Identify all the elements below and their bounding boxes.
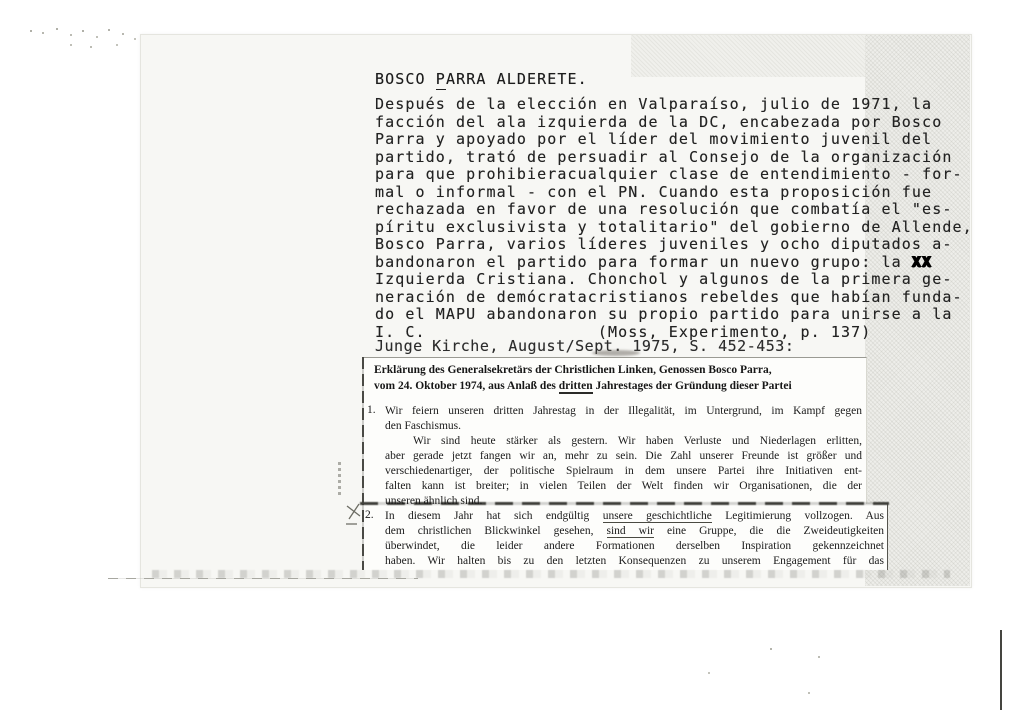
scan-smudge-band: [152, 570, 950, 578]
typescript-line: neración de demócratacristianos rebeldes…: [375, 289, 973, 307]
typescript-paragraph: Después de la elección en Valparaíso, ju…: [375, 96, 973, 341]
handwritten-margin-mark: [344, 500, 366, 530]
scan-noise-speckles-bottom: [770, 648, 772, 650]
clipping-item2-line: dem christlichen Blickwinkel gesehen, si…: [385, 524, 884, 539]
typescript-line: rechazada en favor de una resolución que…: [375, 201, 973, 219]
clipping-item1-line: Wir sind heute stärker als gestern. Wir …: [385, 434, 862, 449]
clipping-item2-number: 2.: [365, 509, 374, 521]
typescript-line: Izquierda Cristiana. Chonchol y algunos …: [375, 271, 973, 289]
clipping-item1-text: Wir feiern unseren dritten Jahrestag in …: [385, 404, 862, 509]
text-segment: bandonaron el partido para formar un nue…: [375, 253, 912, 271]
clipping-heading-line2: vom 24. Oktober 1974, aus Anlaß des drit…: [374, 378, 876, 394]
clipping-item2-line: In diesem Jahr hat sich endgültig unsere…: [385, 509, 884, 524]
source-citation-line: Junge Kirche, August/Sept. 1975, S. 452-…: [375, 337, 794, 355]
clipping-item1-line: den Faschismus.: [385, 419, 862, 434]
text-segment: Legitimierung vollzogen. Aus: [712, 510, 884, 522]
clipping-item2-line: überwindet, die leider andere Formatione…: [385, 539, 884, 554]
typescript-line: mal o informal - con el PN. Cuando esta …: [375, 184, 973, 202]
heading-underlined-word: dritten: [559, 380, 593, 394]
clipping-item1-line: Wir feiern unseren dritten Jahrestag in …: [385, 404, 862, 419]
text-segment: eine Gruppe, die die Zweideutigkeiten: [654, 525, 884, 537]
title-underlined-letter: P: [436, 70, 446, 90]
scanned-document-page: BOSCO PARRA ALDERETE. Después de la elec…: [0, 0, 1012, 717]
clipping-item1-number: 1.: [367, 404, 376, 416]
title-surname-2: ALDERETE.: [497, 70, 588, 88]
ink-smudge: [592, 350, 640, 356]
typescript-line: partido, trató de persuadir al Consejo d…: [375, 149, 973, 167]
typescript-line: Bosco Parra, varios líderes juveniles y …: [375, 236, 973, 254]
scan-smudge-line: [108, 578, 418, 579]
title-first-name: BOSCO: [375, 70, 436, 88]
scan-noise-speckles-top-left: [30, 30, 32, 32]
typescript-line: Después de la elección en Valparaíso, ju…: [375, 96, 973, 114]
clipping-item2-line: haben. Wir halten bis zu den letzten Kon…: [385, 554, 884, 569]
hand-underlined-phrase: sind wir: [607, 525, 654, 538]
clipping-left-border: [362, 357, 364, 570]
clipping-item1-line: falten kann ist breiter; in vielen Teile…: [385, 479, 862, 494]
scan-artifact-vertical-line: [1000, 630, 1002, 710]
hand-underlined-phrase: unsere geschichtliche: [603, 510, 712, 523]
clipping-item1-line: verschiedenartiger, der politische Spiel…: [385, 464, 862, 479]
typescript-line: píritu exclusivista y totalitario" del g…: [375, 219, 973, 237]
typescript-line: bandonaron el partido para formar un nue…: [375, 254, 973, 272]
typescript-line: Parra y apoyado por el líder del movimie…: [375, 131, 973, 149]
clipping-heading: Erklärung des Generalsekretärs der Chris…: [374, 362, 876, 394]
text-segment: dem christlichen Blickwinkel gesehen,: [385, 525, 607, 537]
heading-segment: vom 24. Oktober 1974, aus Anlaß des: [374, 380, 559, 392]
typescript-line: do el MAPU abandonaron su propio partido…: [375, 306, 973, 324]
strikeout-mark: XX: [912, 253, 932, 271]
clipping-item1-line: unseren ähnlich sind.: [385, 494, 862, 509]
clipping-heading-line1: Erklärung des Generalsekretärs der Chris…: [374, 362, 876, 378]
clipping-item2-text: In diesem Jahr hat sich endgültig unsere…: [385, 509, 884, 569]
typescript-line: facción del ala izquierda de la DC, enca…: [375, 114, 973, 132]
title-surname-1: ARRA: [446, 70, 497, 88]
heading-segment: Jahrestages der Gründung dieser Partei: [593, 380, 792, 392]
margin-squiggle-mark: [338, 462, 341, 496]
text-segment: In diesem Jahr hat sich endgültig: [385, 510, 603, 522]
typescript-line: para que prohibieracualquier clase de en…: [375, 166, 973, 184]
newspaper-clipping: Erklärung des Generalsekretärs der Chris…: [363, 357, 890, 582]
document-title: BOSCO PARRA ALDERETE.: [375, 70, 588, 88]
clipping-item1-line: aber gerade jetzt fangen wir an, mehr zu…: [385, 449, 862, 464]
